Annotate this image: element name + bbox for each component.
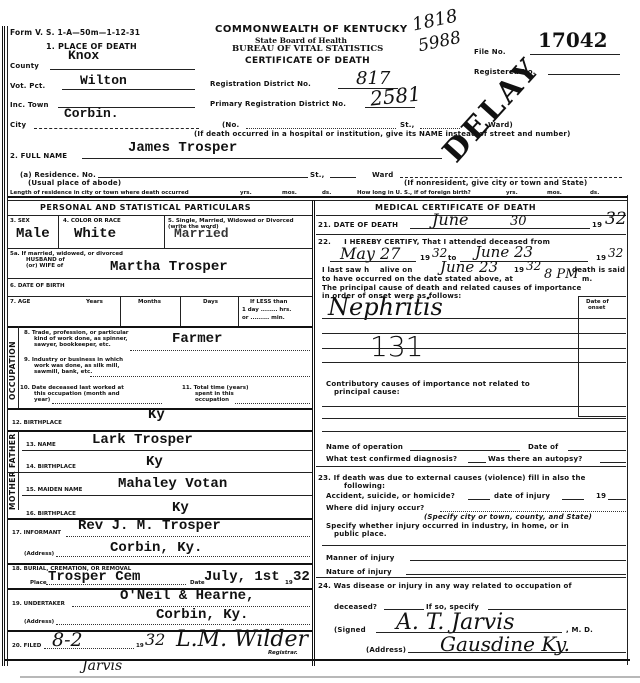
dob-label: 6. DATE OF BIRTH [10, 283, 65, 289]
occurred-time: 8 PM [544, 267, 578, 282]
father-name-label: 13. NAME [26, 442, 56, 448]
cause-code: 131 [370, 330, 423, 363]
contributory-1: Contributory causes of importance not re… [326, 380, 530, 388]
inc-town-label: Inc. Town [10, 101, 49, 109]
onset-box-bottom [578, 416, 626, 417]
reg-district-label: Registration District No. [210, 80, 311, 88]
parents-side-divider [18, 430, 19, 510]
bureau-title: BUREAU OF VITAL STATISTICS [232, 44, 383, 54]
father-name-line [22, 450, 312, 451]
autopsy-label: Was there an autopsy? [488, 455, 583, 463]
date-of-death-year: 32 [605, 209, 627, 229]
md-label: , M. D. [566, 626, 593, 634]
ward-line [420, 128, 460, 129]
county-value: Knox [68, 48, 99, 63]
injury-date-label: date of injury [494, 492, 550, 500]
no-label: (No. [222, 121, 239, 129]
residence-label: (a) Residence. No. [20, 171, 96, 179]
filed-line [44, 648, 134, 649]
residence-st-label: St., [310, 171, 325, 179]
external-1: 23. If death was due to external causes … [318, 474, 586, 482]
sex-value: Male [16, 226, 50, 242]
father-side-label: FATHER [8, 433, 17, 468]
occupation-side-label: OCCUPATION [8, 341, 17, 400]
last-saw-death-said: death is said [572, 266, 625, 274]
manner-line [410, 560, 626, 561]
principal-cause-1: The principal cause of death and related… [322, 284, 581, 292]
autopsy-line [600, 462, 626, 463]
date-of-death-label: 21. DATE OF DEATH [318, 221, 398, 229]
file-no-label: File No. [474, 48, 506, 56]
cause-line-3 [322, 348, 626, 349]
specify-1: Specify whether injury occurred in indus… [326, 522, 569, 530]
mother-birthplace-label: 16. BIRTHPLACE [26, 511, 76, 517]
last-worked-3: year) [34, 397, 50, 403]
bottom-scan-edge [20, 676, 640, 678]
sex-race-divider [58, 215, 59, 248]
burial-date-label: Date [190, 580, 205, 586]
birthplace-label: 12. BIRTHPLACE [12, 420, 62, 426]
industry-line [90, 376, 310, 377]
vot-pct-label: Vot. Pct. [10, 82, 45, 90]
spouse-value: Martha Trosper [110, 259, 228, 275]
date-of-death-month: June [432, 210, 469, 229]
residence-ward-line [400, 177, 622, 178]
attended-from-year-prefix: 19 [420, 254, 430, 262]
personal-heading: PERSONAL AND STATISTICAL PARTICULARS [40, 203, 251, 212]
manner-label: Manner of injury [326, 554, 395, 562]
burial-place-label: Place [30, 580, 47, 586]
file-number-value: 17042 [538, 28, 608, 52]
cause-line-4 [322, 362, 626, 363]
burial-place-line [46, 584, 186, 585]
dob-row-line [8, 296, 312, 297]
last-saw-value: June 23 [440, 258, 498, 276]
bottom-signature: Jarvis [82, 658, 122, 674]
last-saw-year-prefix: 19 [514, 266, 524, 274]
less-than-3: or ......... min. [242, 315, 285, 321]
sex-row-line [8, 248, 312, 249]
industry-label-3: sawmill, bank, etc. [34, 369, 92, 375]
column-divider [312, 200, 315, 666]
deceased-label: deceased? [334, 603, 377, 611]
cause-line-1 [322, 318, 626, 319]
informant-address-line [56, 556, 310, 557]
mother-maiden-value: Mahaley Votan [118, 476, 227, 492]
contributory-line-1 [322, 406, 626, 407]
undertaker-address-label: (Address) [24, 619, 54, 625]
residence-sub: (Usual place of abode) [28, 179, 121, 187]
operation-line [410, 450, 520, 451]
full-name-label: 2. FULL NAME [10, 152, 67, 160]
residence-ward-label: Ward [372, 171, 393, 179]
last-saw-label: I last saw h alive on [322, 266, 413, 274]
test-line [468, 462, 486, 463]
primary-reg-line [365, 107, 415, 108]
undertaker-value: O'Neil & Hearne, [120, 588, 254, 604]
registrar-label: Registrar. [268, 650, 298, 656]
father-birthplace-label: 14. BIRTHPLACE [26, 464, 76, 470]
trade-value: Farmer [172, 331, 222, 347]
occurred-line: to have occurred on the date stated abov… [322, 275, 513, 283]
attended-to-year-prefix: 19 [596, 254, 606, 262]
county-line [50, 69, 195, 70]
informant-address-value: Corbin, Ky. [110, 540, 202, 556]
header-divider-2 [8, 200, 628, 201]
burial-place-value: Trosper Cem [48, 569, 140, 585]
registered-no-line [548, 74, 620, 75]
marital-value: Married [174, 226, 229, 241]
city-value: Corbin. [64, 106, 119, 121]
vot-pct-line [62, 89, 195, 90]
spouse-row-line [8, 278, 312, 279]
undertaker-label: 19. UNDERTAKER [12, 601, 65, 607]
informant-line [66, 536, 310, 537]
date-of-death-day: 30 [510, 214, 527, 229]
onset-box-top [578, 296, 626, 297]
years-label: Years [86, 299, 103, 305]
father-section-line [8, 472, 312, 473]
contributory-2: principal cause: [334, 388, 400, 396]
nature-label: Nature of injury [326, 568, 392, 576]
date-onset-2: onset [588, 305, 605, 311]
last-worked-line [52, 403, 162, 404]
age-div-2 [180, 296, 181, 326]
injury-year-line [608, 499, 626, 500]
age-div-3 [238, 296, 239, 326]
spouse-label-3: (or) WIFE of [26, 263, 63, 269]
commonwealth-title: COMMONWEALTH OF KENTUCKY [215, 24, 408, 35]
race-value: White [74, 226, 116, 242]
operation-date-line [568, 450, 626, 451]
less-than-2: 1 day ........ hrs. [242, 307, 291, 313]
full-name-line [82, 158, 442, 159]
form-id: Form V. S. 1-A—50m—1-12-31 [10, 28, 140, 37]
age-label: 7. AGE [10, 299, 30, 305]
less-than-1: If LESS than [250, 299, 287, 305]
attended-to-year: 32 [608, 246, 623, 260]
occupation-question: 24. Was disease or injury in any way rel… [318, 582, 572, 590]
filed-year-value: 32 [145, 630, 165, 649]
mother-maiden-label: 15. MAIDEN NAME [26, 487, 82, 493]
race-marital-divider [164, 215, 165, 248]
father-birthplace-value: Ky [146, 454, 163, 470]
birthplace-value: Ky [148, 407, 165, 423]
residence-ward-gap [330, 177, 356, 178]
full-name-value: James Trosper [128, 140, 237, 156]
where-injury-line [440, 511, 626, 512]
race-label: 4. COLOR OR RACE [63, 218, 121, 224]
address-label: (Address) [366, 646, 406, 654]
accident-label: Accident, suicide, or homicide? [326, 492, 455, 500]
mother-birthplace-value: Ky [172, 500, 189, 516]
nonresident-note: (If nonresident, give city or town and S… [404, 179, 587, 187]
informant-label: 17. INFORMANT [12, 530, 61, 536]
onset-column-divider [578, 296, 579, 416]
informant-address-label: (Address) [24, 551, 54, 557]
burial-year-value: 32 [293, 569, 310, 585]
st-label: St., [400, 121, 415, 129]
hospital-note: (If death occurred in a hospital or inst… [194, 130, 570, 138]
date-of-death-row-line [316, 234, 626, 235]
sex-label: 3. SEX [10, 218, 30, 224]
months-label: Months [138, 299, 161, 305]
contributory-line-3 [322, 431, 626, 432]
test-label: What test confirmed diagnosis? [326, 455, 457, 463]
no-line [246, 128, 396, 129]
file-no-line [530, 54, 620, 55]
mother-side-label: MOTHER [8, 471, 17, 510]
burial-year-prefix: 19 [285, 580, 293, 586]
injury-year-prefix: 19 [596, 492, 606, 500]
injury-date-line [562, 499, 584, 500]
residence-line [98, 177, 308, 178]
county-label: County [10, 62, 39, 70]
total-time-line [235, 403, 310, 404]
filed-label: 20. FILED [12, 643, 41, 649]
days-label: Days [203, 299, 218, 305]
city-line [34, 128, 199, 129]
informant-section-line [8, 563, 312, 565]
city-label: City [10, 121, 26, 129]
total-time-3: occupation [195, 397, 229, 403]
specify-2: public place. [334, 530, 387, 538]
attended-from-line [330, 261, 416, 262]
primary-reg-label: Primary Registration District No. [210, 100, 346, 108]
father-name-value: Lark Trosper [92, 432, 193, 448]
nature-line [406, 574, 626, 575]
occurred-m: m. [582, 275, 592, 283]
cause-value: Nephritis [328, 293, 443, 321]
last-saw-year: 32 [526, 259, 541, 273]
where-injury-sub: (Specify city or town, county, and State… [424, 513, 592, 521]
certificate-title: CERTIFICATE OF DEATH [245, 56, 370, 66]
right-border [627, 195, 628, 665]
autopsy-row-line [316, 466, 626, 467]
trade-label-3: sawyer, bookkeeper, etc. [34, 342, 111, 348]
informant-value: Rev J. M. Trosper [78, 518, 221, 534]
address-line [408, 652, 626, 653]
registrar-signature: L.M. Wilder [176, 627, 308, 652]
operation-label: Name of operation [326, 443, 403, 451]
personal-heading-line [8, 215, 312, 216]
age-row-line [8, 326, 312, 328]
age-div-1 [120, 296, 121, 326]
where-injury-label: Where did injury occur? [326, 504, 424, 512]
nature-row-line [316, 577, 626, 578]
date-of-death-line [410, 228, 590, 229]
burial-date-value: July, 1st [204, 569, 280, 585]
header-divider [8, 196, 628, 198]
trade-line [130, 350, 310, 351]
filed-year-prefix: 19 [136, 643, 144, 649]
vot-pct-value: Wilton [80, 73, 127, 88]
accident-line [468, 499, 490, 500]
undertaker-address-line [56, 624, 310, 625]
left-border [2, 26, 5, 666]
undertaker-address-value: Corbin, Ky. [156, 607, 248, 623]
cause-line-2 [322, 333, 626, 334]
medical-heading-line [316, 215, 626, 216]
operation-date-label: Date of [528, 443, 558, 451]
external-2: following: [344, 482, 385, 490]
ward-label: Ward) [488, 121, 513, 129]
mother-maiden-line [22, 495, 312, 496]
contributory-line-2 [322, 418, 626, 419]
specify-line [322, 545, 626, 546]
occupation-side-divider [18, 326, 19, 408]
date-of-death-year-prefix: 19 [592, 221, 602, 229]
signed-label: (Signed [334, 626, 366, 634]
